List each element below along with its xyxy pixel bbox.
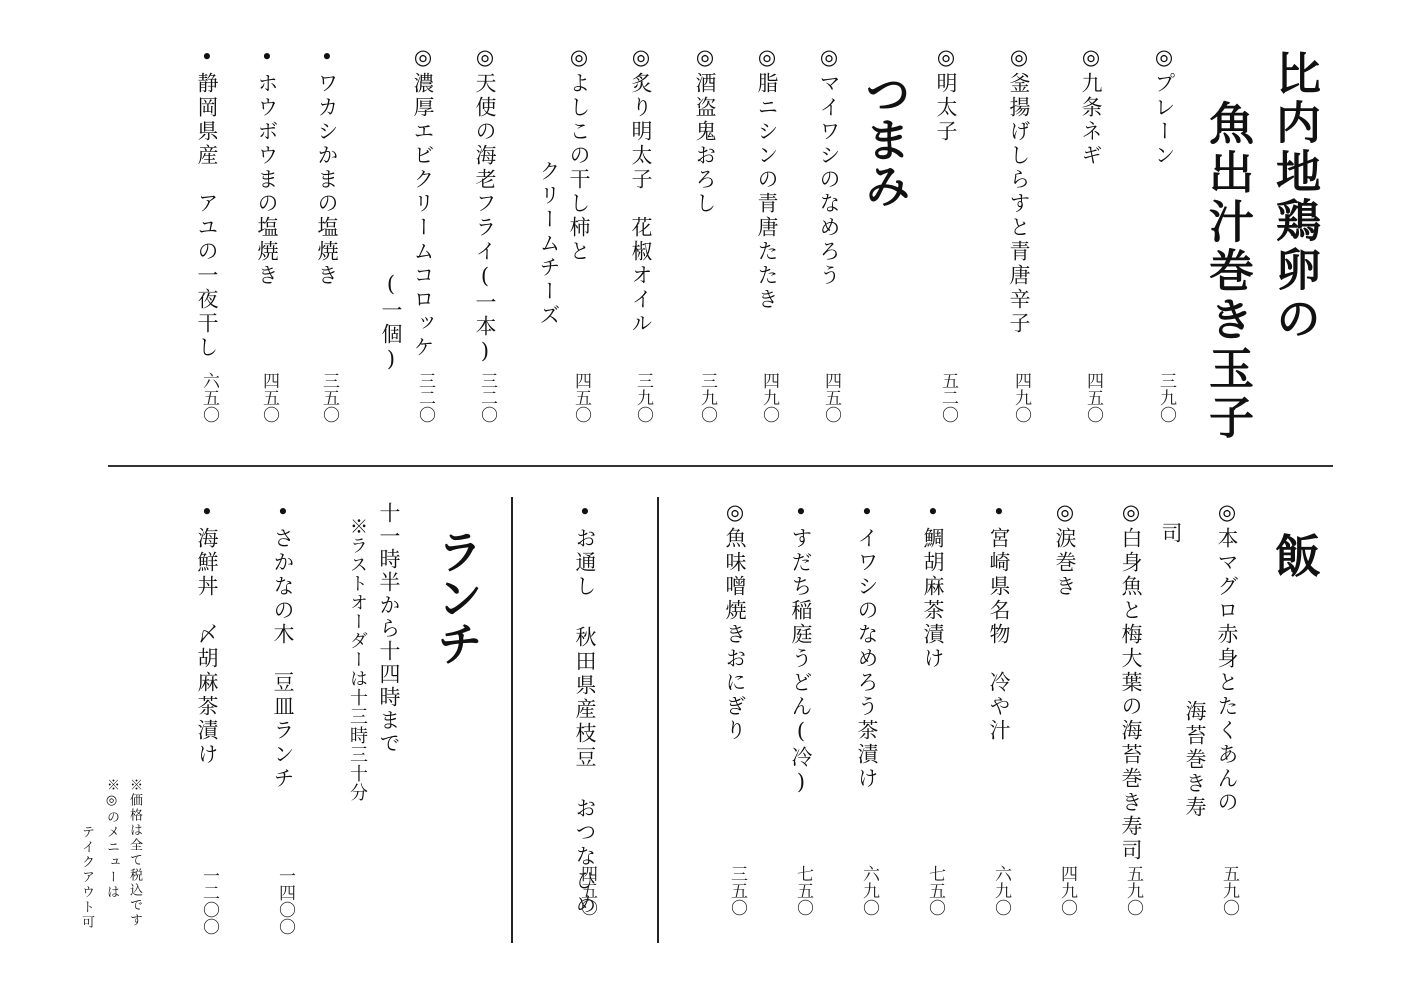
item-price: 四九〇 [1058, 865, 1075, 916]
item-price: 四九〇 [1012, 372, 1029, 423]
item-price: 五九〇 [1124, 865, 1141, 916]
item-price: 七五〇 [794, 865, 811, 916]
item-price: 三九〇 [1157, 372, 1174, 423]
bullet-icon: • [255, 45, 279, 72]
vertical-divider-left [511, 497, 513, 943]
item-name: 魚味噌焼きおにぎり [723, 527, 747, 743]
item-name: ワカシかまの塩焼き [315, 72, 339, 288]
item-name: 天使の海老フライ(一本) [473, 72, 497, 366]
item-name: 宮崎県名物 冷や汁 [987, 527, 1011, 743]
meshi-heading: 飯 [1272, 532, 1318, 578]
item-name-continued: 海苔巻き寿 [1184, 700, 1205, 820]
double-circle-icon: ◎ [629, 45, 653, 72]
item-price: 三五〇 [728, 865, 745, 916]
item-name: マイワシのなめろう [817, 72, 841, 288]
bullet-icon: • [195, 45, 219, 72]
double-circle-icon: ◎ [1152, 45, 1176, 72]
item-name: 酒盗鬼おろし [693, 72, 717, 216]
item-price: 三九〇 [698, 372, 715, 423]
bullet-icon: • [315, 45, 339, 72]
bullet-icon: • [195, 500, 219, 527]
double-circle-icon: ◎ [1053, 500, 1077, 527]
item-name: イワシのなめろう茶漬け [855, 527, 879, 791]
bullet-icon: • [855, 500, 879, 527]
item-name: すだち稲庭うどん(冷) [789, 527, 813, 797]
item-name: 白身魚と梅大葉の海苔巻き寿司 [1119, 527, 1143, 863]
double-circle-icon: ◎ [411, 45, 435, 72]
double-circle-icon: ◎ [723, 500, 747, 527]
item-price: 六九〇 [992, 865, 1009, 916]
item-name: 脂ニシンの青唐たたき [755, 72, 779, 312]
item-name-continued: 司 [1160, 522, 1181, 546]
item-price: 五二〇 [939, 372, 956, 423]
item-price: 三二〇 [478, 372, 495, 423]
horizontal-divider [108, 465, 1333, 467]
bullet-icon: • [987, 500, 1011, 527]
footnote-takeout-cont: テイクアウト可 [80, 825, 93, 930]
item-name: ホウボウまの塩焼き [255, 72, 279, 288]
double-circle-icon: ◎ [1119, 500, 1143, 527]
double-circle-icon: ◎ [1079, 45, 1103, 72]
item-price: 四五〇 [572, 372, 589, 423]
item-name: 本マグロ赤身とたくあんの [1215, 527, 1239, 815]
bullet-icon: • [573, 500, 597, 527]
footnote-tax: ※価格は全て税込です [128, 778, 141, 928]
item-price: 三二〇 [416, 372, 433, 423]
bullet-icon: • [789, 500, 813, 527]
item-price: 四五〇 [1084, 372, 1101, 423]
double-circle-icon: ◎ [817, 45, 841, 72]
double-circle-icon: ◎ [1215, 500, 1239, 527]
footnote-takeout: ※◎のメニューは [105, 778, 118, 900]
item-name-continued: クリームチーズ [538, 160, 559, 328]
double-circle-icon: ◎ [473, 45, 497, 72]
double-circle-icon: ◎ [1007, 45, 1031, 72]
item-name: さかなの木 豆皿ランチ [271, 527, 295, 791]
title-line-2: 魚出汁巻き玉子 [1205, 100, 1250, 443]
item-name: よしこの干し柿と [567, 72, 591, 264]
lunch-hours: 十一時半から十四時まで [378, 502, 399, 755]
bullet-icon: • [921, 500, 945, 527]
item-name: 鯛胡麻茶漬け [921, 527, 945, 671]
item-price: 四五〇 [822, 372, 839, 423]
double-circle-icon: ◎ [693, 45, 717, 72]
lunch-heading: ランチ [434, 528, 480, 666]
title-line-1: 比内地鶏卵の [1272, 50, 1317, 344]
bullet-icon: • [271, 500, 295, 527]
item-name: お通し 秋田県産枝豆 おつなひめ [573, 527, 597, 917]
item-price: 六五〇 [200, 372, 217, 423]
tsumami-heading: つまみ [862, 70, 908, 208]
item-price: 五九〇 [1220, 865, 1237, 916]
item-price: 七五〇 [926, 865, 943, 916]
item-name: 九条ネギ [1079, 72, 1103, 168]
item-name-continued: (一個) [380, 272, 401, 374]
item-price: 六九〇 [860, 865, 877, 916]
item-name: プレーン [1152, 72, 1176, 168]
item-price: 三五〇 [320, 372, 337, 423]
item-price: 四九〇 [760, 372, 777, 423]
item-name: 釜揚げしらすと青唐辛子 [1007, 72, 1031, 336]
double-circle-icon: ◎ [755, 45, 779, 72]
double-circle-icon: ◎ [934, 45, 958, 72]
item-name: 静岡県産 アユの一夜干し [195, 72, 219, 360]
item-name: 明太子 [934, 72, 958, 144]
vertical-divider-right [657, 497, 659, 943]
item-name: 涙巻き [1053, 527, 1077, 599]
item-name: 海鮮丼 〆胡麻茶漬け [195, 527, 219, 767]
double-circle-icon: ◎ [567, 45, 591, 72]
item-name: 炙り明太子 花椒オイル [629, 72, 653, 336]
item-price: 四五〇 [260, 372, 277, 423]
item-price: 一二〇〇 [200, 867, 217, 935]
lunch-last-order: ※ラストオーダーは十三時三十分 [348, 517, 366, 802]
item-price: 一四〇〇 [276, 867, 293, 935]
item-price: 三九〇 [634, 372, 651, 423]
item-price: 四五〇 [578, 865, 595, 916]
item-name: 濃厚エビクリームコロッケ [411, 72, 435, 360]
